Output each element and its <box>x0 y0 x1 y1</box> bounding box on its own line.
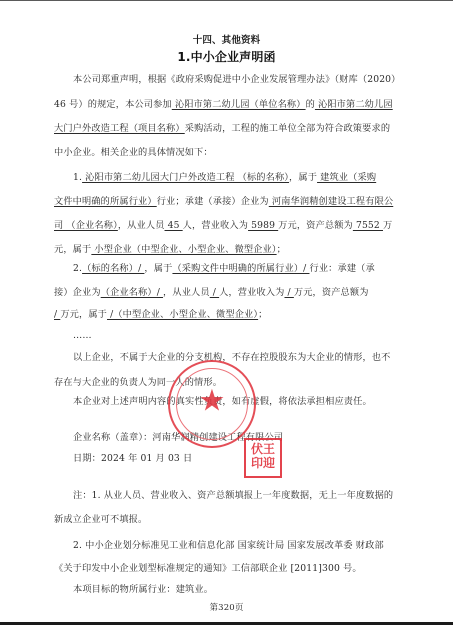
item1-line-4: 元，属于 小型企业（中型企业、小型企业、微型企业）； <box>54 244 404 256</box>
intro-line-3: 大门户外改造工程（项目名称）采购活动，工程的施工单位全部为符合政策要求的 <box>54 123 404 135</box>
project-name-field-cont: 大门户外改造工程（项目名称） <box>54 123 185 134</box>
text: 行业；承建（承接）企业为 <box>157 196 269 207</box>
text: 万元，资产总额为 <box>278 220 353 231</box>
text: ； <box>277 244 286 255</box>
section-title: 十四、其他资料 <box>0 35 453 47</box>
industry-field-cont: 文件中明确的所属行业） <box>54 196 157 207</box>
item2-line-1-content: 2.（标的名称）/ ，属于（采购文件中明确的所属行业）/ 行业：承建（承 <box>73 263 423 275</box>
assets-field: 7552 <box>353 220 383 231</box>
page-title: 1.中小企业声明函 <box>0 51 453 63</box>
unit-name-field: 沁阳市第二幼儿园（单位名称） <box>172 99 306 110</box>
intro-line-1: 本公司郑重声明，根据《政府采购促进中小企业发展管理办法》（财库（2020） <box>73 74 423 86</box>
item1-line-3: 司 （企业名称），从业人员 45 人，营业收入为 5989 万元，资产总额为 7… <box>54 220 404 232</box>
text: 人，营业收入为 <box>183 220 248 231</box>
company-name-field: 河南华润精创建设工程有限公 <box>269 196 393 207</box>
item-number: 1. <box>73 172 82 183</box>
text: 行业：承建（承 <box>309 263 374 274</box>
note2-line-2: 《关于印发中小企业划型标准规定的通知》工信部联企业 [2011]300 号。 <box>54 563 404 575</box>
subject-name-field-2: （标的名称）/ <box>82 263 144 274</box>
item1-line-1: 1. 沁阳市第二幼儿园大门户外改造工程 （标的名称），属于 建筑业（采购 <box>73 172 423 184</box>
text: ； <box>258 309 267 320</box>
company-seal: ★ <box>168 360 256 448</box>
item1-line-2: 文件中明确的所属行业）行业；承建（承接）企业为 河南华润精创建设工程有限公 <box>54 196 404 208</box>
stamp-row-2: 印迎 <box>246 456 280 470</box>
note2-line-1: 2. 中小企业划分标准见工业和信息化部 国家统计局 国家发展改革委 财政部 <box>73 540 423 552</box>
star-icon: ★ <box>199 387 226 417</box>
company-name-field-2: （企业名称）/ <box>101 287 163 298</box>
text: 人，营业收入为 <box>219 287 284 298</box>
enterprise-size-field-2: /（中型企业、小型企业、微型企业） <box>107 309 258 320</box>
text: 元，属于 <box>54 244 91 255</box>
text: ，属于 <box>144 263 172 274</box>
text: 采购活动，工程的施工单位全部为符合政策要求的 <box>185 123 390 134</box>
text: ，属于 <box>289 172 317 183</box>
text: 的 <box>306 99 315 110</box>
top-border <box>0 0 453 1</box>
industry-field: 建筑业（采购 <box>317 172 376 183</box>
text: 接）企业为 <box>54 287 101 298</box>
industry-line: 本项目标的物所属行业：建筑业。 <box>73 584 423 596</box>
item-number: 2. <box>73 263 82 274</box>
stamp-row-1: 伏王 <box>246 442 280 456</box>
item2-line-3: / 万元，属于 /（中型企业、小型企业、微型企业）； <box>54 309 404 321</box>
employees-field-2: / <box>210 287 219 298</box>
text: 46 号）的规定，本公司参加 <box>54 99 172 110</box>
page-number: 第320页 <box>0 602 453 614</box>
revenue-field: 5989 <box>248 220 278 231</box>
note1-line-2: 新成立企业可不填报。 <box>54 514 404 526</box>
subject-name-field: 沁阳市第二幼儿园大门户外改造工程 （标的名称） <box>82 172 289 183</box>
ellipsis: …… <box>73 330 423 342</box>
employees-field: 45 <box>165 220 183 231</box>
intro-line-2: 46 号）的规定，本公司参加 沁阳市第二幼儿园（单位名称）的 沁阳市第二幼儿园 <box>54 99 404 111</box>
revenue-field-2: / <box>284 287 293 298</box>
industry-field-2: （采购文件中明确的所属行业）/ <box>172 263 309 274</box>
intro-line-4: 中小企业。相关企业的具体情况如下： <box>54 147 404 159</box>
note1-line-1: 注：1. 从业人员、营业收入、资产总额填报上一年度数据，无上一年度数据的 <box>73 490 423 502</box>
personal-stamp: 伏王 印迎 <box>244 438 282 478</box>
company-name-field-cont: 司 （企业名称） <box>54 220 118 231</box>
declaration-line-1: 以上企业，不属于大企业的分支机构，不存在控股股东为大企业的情形，也不 <box>73 352 423 364</box>
item2-line-2: 接）企业为（企业名称）/ ，从业人员 / 人，营业收入为 / 万元，资产总额为 <box>54 287 404 299</box>
text: ，从业人员 <box>118 220 165 231</box>
text: 万元，属于 <box>60 309 107 320</box>
text: 万 <box>383 220 392 231</box>
enterprise-size-field: 小型企业（中型企业、小型企业、微型企业） <box>91 244 276 255</box>
project-name-field: 沁阳市第二幼儿园 <box>315 99 393 110</box>
text: ，从业人员 <box>163 287 210 298</box>
text: 万元，资产总额为 <box>294 287 369 298</box>
